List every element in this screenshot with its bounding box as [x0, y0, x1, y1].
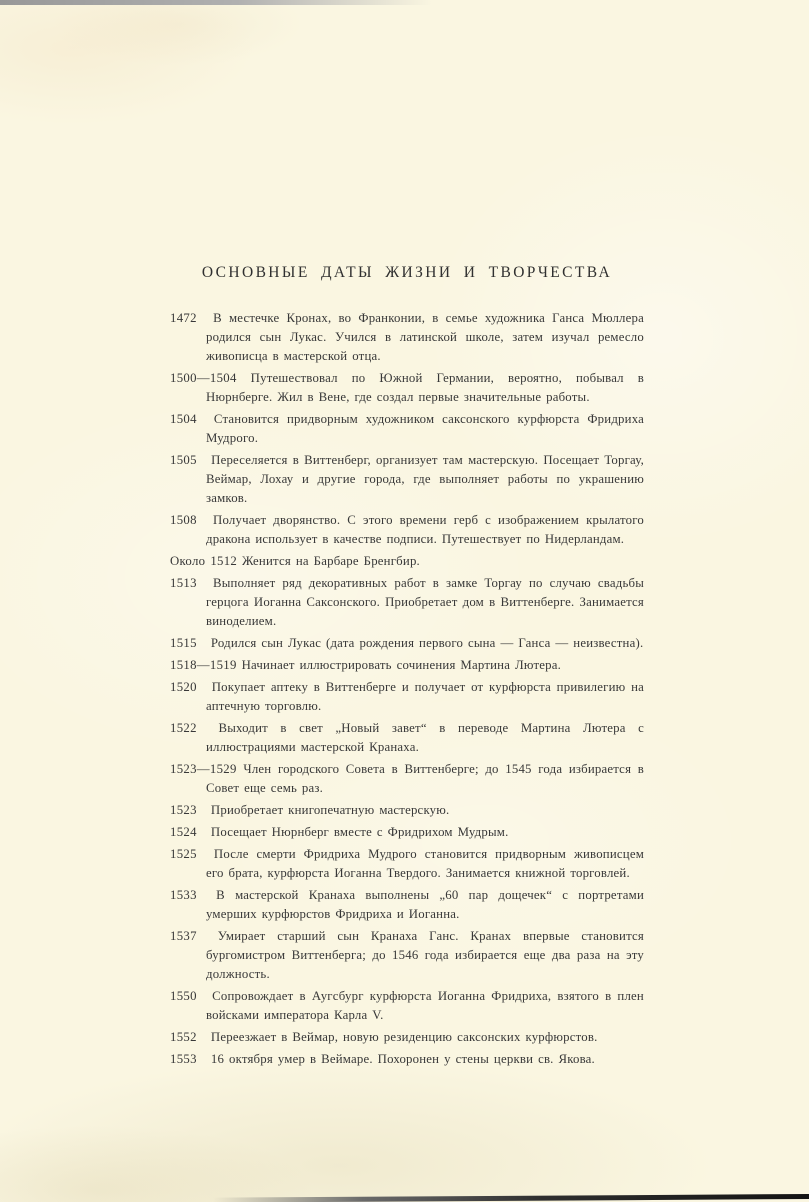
chronology-entry: 1552 Переезжает в Веймар, новую резиденц… [170, 1028, 644, 1047]
entry-text: Становится придворным художником саксонс… [206, 412, 644, 445]
entry-year: 1525 [170, 845, 206, 864]
entry-year: 1524 [170, 823, 206, 842]
entry-text: В местечке Кронах, во Франконии, в семье… [206, 311, 644, 363]
entry-year: 1552 [170, 1028, 206, 1047]
chronology-entry: 1523 Приобретает книгопечатную мастерску… [170, 801, 644, 820]
entry-year: 1533 [170, 886, 206, 905]
entry-text: Приобретает книгопечатную мастерскую. [211, 803, 450, 817]
chronology-entry: 1522 Выходит в свет „Новый завет“ в пере… [170, 719, 644, 757]
entry-year: 1522 [170, 719, 206, 738]
chronology-entry: 1550 Сопровождает в Аугсбург курфюрста И… [170, 987, 644, 1025]
entry-text: Начинает иллюстрировать сочинения Мартин… [242, 658, 561, 672]
chronology-entry: 1518—1519 Начинает иллюстрировать сочине… [170, 656, 644, 675]
chronology-entry: 1533 В мастерской Кранаха выполнены „60 … [170, 886, 644, 924]
entry-year: 1504 [170, 410, 206, 429]
scan-artifact-bottom-edge [213, 1194, 809, 1202]
entry-year: 1518—1519 [170, 656, 237, 675]
entry-text: Посещает Нюрнберг вместе с Фридрихом Муд… [211, 825, 509, 839]
chronology-entry: 1472 В местечке Кронах, во Франконии, в … [170, 309, 644, 366]
entry-text: 16 октября умер в Веймаре. Похоронен у с… [211, 1052, 595, 1066]
entry-text: После смерти Фридриха Мудрого становится… [206, 847, 644, 880]
entry-year: 1508 [170, 511, 206, 530]
scanned-book-page: ОСНОВНЫЕ ДАТЫ ЖИЗНИ И ТВОРЧЕСТВА 1472 В … [0, 0, 809, 1202]
chronology-entry: 1520 Покупает аптеку в Виттенберге и пол… [170, 678, 644, 716]
entry-year: 1515 [170, 634, 206, 653]
entry-year: 1472 [170, 309, 206, 328]
entry-text: Получает дворянство. С этого времени гер… [206, 513, 644, 546]
entry-year: 1523—1529 [170, 760, 237, 779]
entry-year: 1513 [170, 574, 206, 593]
entry-year: Около 1512 [170, 552, 237, 571]
chronology-entry: 1523—1529 Член городского Совета в Витте… [170, 760, 644, 798]
chronology-list: 1472 В местечке Кронах, во Франконии, в … [170, 309, 644, 1069]
entry-text: Сопровождает в Аугсбург курфюрста Иоганн… [206, 989, 644, 1022]
chronology-entry: 1504 Становится придворным художником са… [170, 410, 644, 448]
page-content: ОСНОВНЫЕ ДАТЫ ЖИЗНИ И ТВОРЧЕСТВА 1472 В … [170, 264, 644, 1072]
chronology-entry: 1505 Переселяется в Виттенберг, организу… [170, 451, 644, 508]
page-title: ОСНОВНЫЕ ДАТЫ ЖИЗНИ И ТВОРЧЕСТВА [170, 264, 644, 281]
chronology-entry: 1515 Родился сын Лукас (дата рождения пе… [170, 634, 644, 653]
entry-text: Переселяется в Виттенберг, организует та… [206, 453, 644, 505]
entry-text: Женится на Барбаре Бренгбир. [242, 554, 420, 568]
chronology-entry: 1513 Выполняет ряд декоративных работ в … [170, 574, 644, 631]
chronology-entry: 1525 После смерти Фридриха Мудрого стано… [170, 845, 644, 883]
entry-text: Выполняет ряд декоративных работ в замке… [206, 576, 644, 628]
entry-text: Родился сын Лукас (дата рождения первого… [211, 636, 643, 650]
chronology-entry: 1524 Посещает Нюрнберг вместе с Фридрихо… [170, 823, 644, 842]
entry-year: 1523 [170, 801, 206, 820]
chronology-entry: 1537 Умирает старший сын Кранаха Ганс. К… [170, 927, 644, 984]
entry-text: Путешествовал по Южной Германии, вероятн… [206, 371, 644, 404]
entry-year: 1537 [170, 927, 206, 946]
entry-year: 1550 [170, 987, 206, 1006]
entry-text: Выходит в свет „Новый завет“ в переводе … [206, 721, 644, 754]
entry-year: 1553 [170, 1050, 206, 1069]
chronology-entry: 1553 16 октября умер в Веймаре. Похороне… [170, 1050, 644, 1069]
entry-text: В мастерской Кранаха выполнены „60 пар д… [206, 888, 644, 921]
chronology-entry: 1500—1504 Путешествовал по Южной Германи… [170, 369, 644, 407]
chronology-entry: 1508 Получает дворянство. С этого времен… [170, 511, 644, 549]
scan-artifact-top-edge [0, 0, 432, 5]
entry-text: Умирает старший сын Кранаха Ганс. Кранах… [206, 929, 644, 981]
entry-year: 1520 [170, 678, 206, 697]
entry-text: Покупает аптеку в Виттенберге и получает… [206, 680, 644, 713]
entry-text: Переезжает в Веймар, новую резиденцию са… [211, 1030, 598, 1044]
entry-text: Член городского Совета в Виттенберге; до… [206, 762, 644, 795]
chronology-entry: Около 1512 Женится на Барбаре Бренгбир. [170, 552, 644, 571]
entry-year: 1500—1504 [170, 369, 237, 388]
entry-year: 1505 [170, 451, 206, 470]
